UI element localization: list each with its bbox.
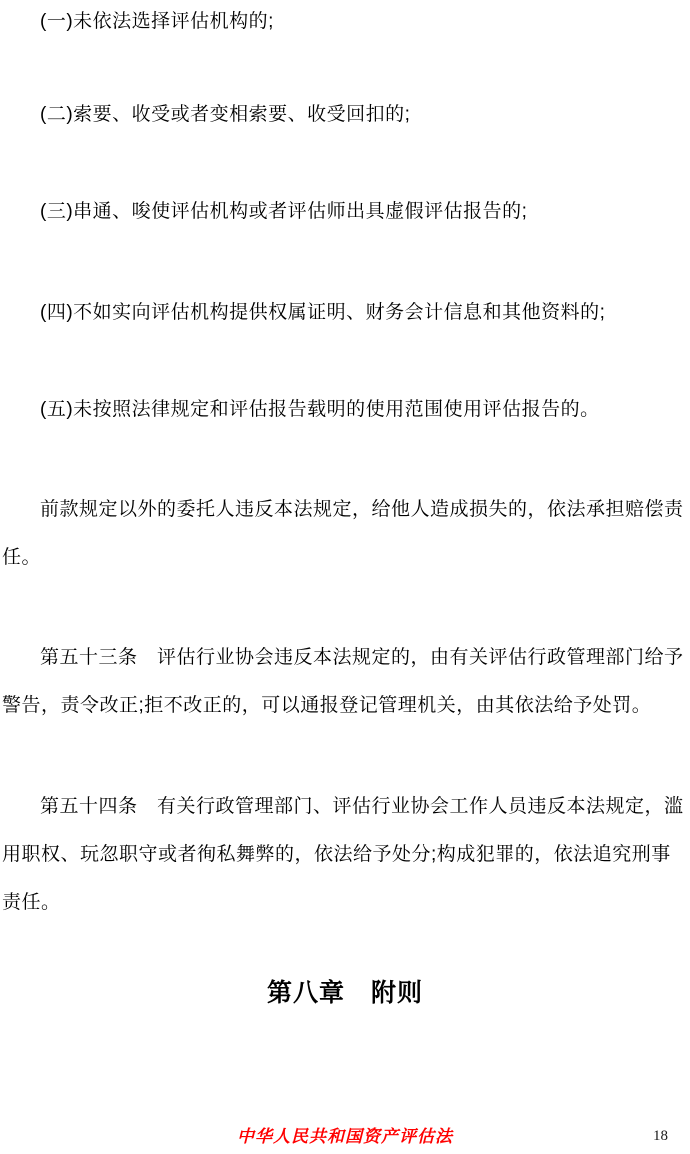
legal-list-item-1: (一)未依法选择评估机构的; xyxy=(2,0,688,46)
legal-list-item-2: (二)索要、收受或者变相索要、收受回扣的; xyxy=(2,91,688,139)
legal-list-item-3: (三)串通、唆使评估机构或者评估师出具虚假评估报告的; xyxy=(2,188,688,236)
paragraph-article-54: 第五十四条 有关行政管理部门、评估行业协会工作人员违反本法规定，滥 用职权、玩忽… xyxy=(2,783,688,927)
paragraph-article-53: 第五十三条 评估行业协会违反本法规定的，由有关评估行政管理部门给予 警告，责令改… xyxy=(2,634,688,730)
legal-list-item-4: (四)不如实向评估机构提供权属证明、财务会计信息和其他资料的; xyxy=(2,289,688,337)
document-page: (一)未依法选择评估机构的; (二)索要、收受或者变相索要、收受回扣的; (三)… xyxy=(0,0,690,1154)
legal-list-item-5: (五)未按照法律规定和评估报告载明的使用范围使用评估报告的。 xyxy=(2,386,688,434)
footer-doc-title: 中华人民共和国资产评估法 xyxy=(0,1127,690,1147)
paragraph-liability: 前款规定以外的委托人违反本法规定，给他人造成损失的，依法承担赔偿责 任。 xyxy=(2,486,688,582)
page-number: 18 xyxy=(653,1127,668,1145)
chapter-heading: 第八章 附则 xyxy=(0,981,690,1005)
